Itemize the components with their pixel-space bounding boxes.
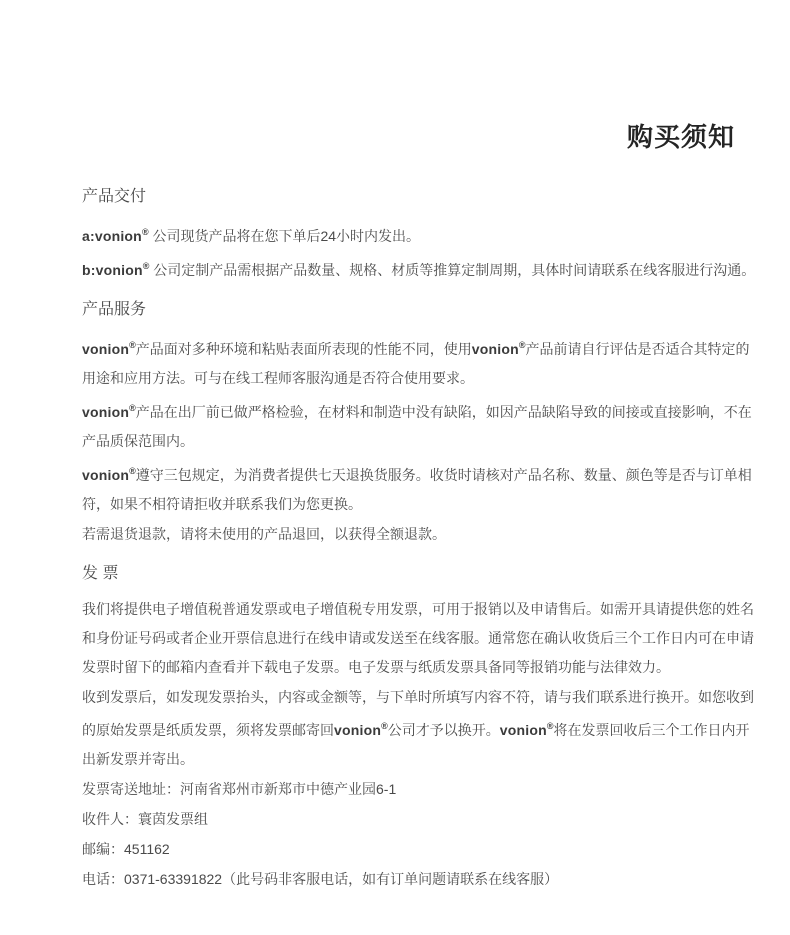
brand-text: vonion <box>500 722 547 738</box>
page: { "title": "购买须知", "sections": [ { "head… <box>0 0 790 935</box>
page-title: 购买须知 <box>82 120 735 154</box>
paragraph-service-return-policy: vonion®遵守三包规定，为消费者提供七天退换货服务。收货时请核对产品名称、数… <box>82 457 762 519</box>
section-heading-product-delivery: 产品交付 <box>82 186 762 208</box>
registered-mark: ® <box>142 227 149 237</box>
paragraph-invoice-reissue: 收到发票后，如发现发票抬头，内容或金额等，与下单时所填写内容不符，请与我们联系进… <box>82 683 762 774</box>
brand-text: vonion <box>82 341 129 357</box>
paragraph-service-inspection: vonion®产品在出厂前已做严格检验，在材料和制造中没有缺陷，如因产品缺陷导致… <box>82 394 762 456</box>
registered-mark: ® <box>381 721 388 731</box>
invoice-mailing-address: 发票寄送地址：河南省郑州市新郑市中德产业园6-1 <box>82 775 762 804</box>
text-segment: 产品在出厂前已做严格检验，在材料和制造中没有缺陷，如因产品缺陷导致的间接或直接影… <box>82 404 752 449</box>
section-invoice: 发 票 我们将提供电子增值税普通发票或电子增值税专用发票，可用于报销以及申请售后… <box>82 563 762 894</box>
text-segment: 遵守三包规定，为消费者提供七天退换货服务。收货时请核对产品名称、数量、颜色等是否… <box>82 467 752 512</box>
text-segment: 公司才予以换开。 <box>388 722 500 738</box>
brand-text: a:vonion <box>82 228 142 244</box>
text-segment: 邮编：451162 <box>82 841 170 857</box>
brand-text: vonion <box>82 467 129 483</box>
text-segment: 收件人：寰茵发票组 <box>82 811 208 827</box>
text-segment: 公司现货产品将在您下单后24小时内发出。 <box>149 228 420 244</box>
purchase-notice-document: 购买须知 产品交付 a:vonion® 公司现货产品将在您下单后24小时内发出。… <box>0 0 790 935</box>
section-product-service: 产品服务 vonion®产品面对多种环境和粘贴表面所表现的性能不同，使用voni… <box>82 299 762 549</box>
text-segment: 电话：0371-63391822（此号码非客服电话，如有订单问题请联系在线客服） <box>82 871 558 887</box>
section-heading-product-service: 产品服务 <box>82 299 762 321</box>
brand-text: vonion <box>334 722 381 738</box>
invoice-postal-code: 邮编：451162 <box>82 835 762 864</box>
invoice-recipient: 收件人：寰茵发票组 <box>82 805 762 834</box>
paragraph-delivery-b: b:vonion® 公司定制产品需根据产品数量、规格、材质等推算定制周期，具体时… <box>82 252 762 285</box>
text-segment: 公司定制产品需根据产品数量、规格、材质等推算定制周期，具体时间请联系在线客服进行… <box>149 262 755 278</box>
text-segment: 发票寄送地址：河南省郑州市新郑市中德产业园6-1 <box>82 781 396 797</box>
paragraph-invoice-types: 我们将提供电子增值税普通发票或电子增值税专用发票，可用于报销以及申请售后。如需开… <box>82 595 762 682</box>
registered-mark: ® <box>129 403 136 413</box>
text-segment: 产品面对多种环境和粘贴表面所表现的性能不同，使用 <box>136 341 472 357</box>
section-heading-invoice: 发 票 <box>82 563 762 585</box>
paragraph-service-performance: vonion®产品面对多种环境和粘贴表面所表现的性能不同，使用vonion®产品… <box>82 331 762 393</box>
registered-mark: ® <box>129 466 136 476</box>
brand-text: vonion <box>82 404 129 420</box>
paragraph-service-refund: 若需退货退款，请将未使用的产品退回，以获得全额退款。 <box>82 520 762 549</box>
text-segment: 我们将提供电子增值税普通发票或电子增值税专用发票，可用于报销以及申请售后。如需开… <box>82 601 754 675</box>
section-product-delivery: 产品交付 a:vonion® 公司现货产品将在您下单后24小时内发出。 b:vo… <box>82 186 762 285</box>
text-segment: 若需退货退款，请将未使用的产品退回，以获得全额退款。 <box>82 526 446 542</box>
brand-text: b:vonion <box>82 262 143 278</box>
brand-text: vonion <box>472 341 519 357</box>
registered-mark: ® <box>129 340 136 350</box>
invoice-phone: 电话：0371-63391822（此号码非客服电话，如有订单问题请联系在线客服） <box>82 865 762 894</box>
paragraph-delivery-a: a:vonion® 公司现货产品将在您下单后24小时内发出。 <box>82 218 762 251</box>
